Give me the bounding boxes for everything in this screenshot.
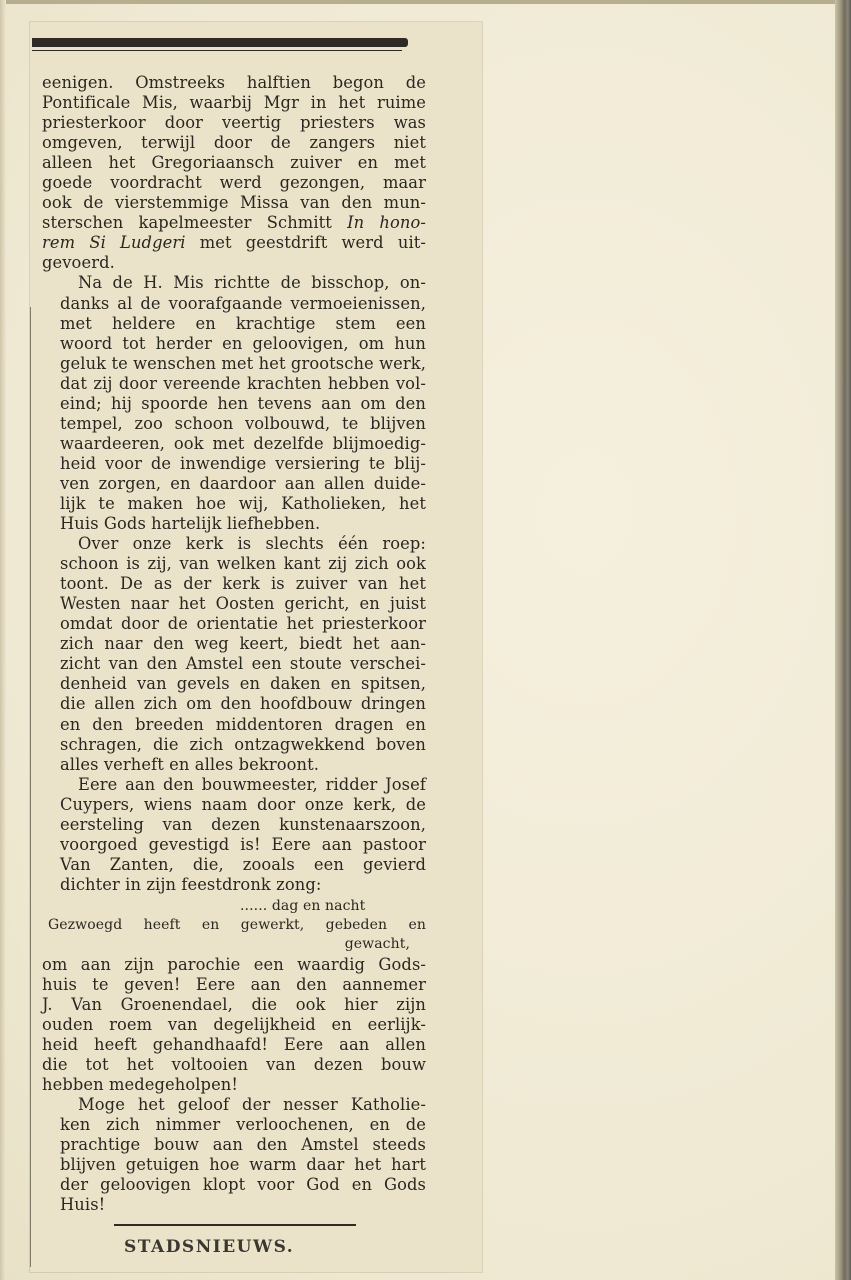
paragraph-5: om aan zijn parochie een waardig Gods- h… (42, 955, 426, 1095)
text-line: eenigen. Omstreeks halftien begon de (42, 73, 426, 93)
text-line: ouden roem van degelijkheid en eerlijk- (42, 1015, 426, 1035)
text-line: eind; hij spoorde hen tevens aan om den (42, 394, 426, 414)
text-line: alles verheft en alles bekroont. (42, 755, 426, 775)
text-line: ook de vierstemmige Missa van den mun- (42, 193, 426, 213)
text-line: gevoerd. (42, 253, 426, 273)
text-line: denheid van gevels en daken en spitsen, (42, 674, 426, 694)
column-rule (30, 307, 31, 1267)
text-line: der geloovigen klopt voor God en Gods (42, 1175, 426, 1195)
text-line: goede voordracht werd gezongen, maar (42, 173, 426, 193)
text-line: omdat door de orientatie het priesterkoo… (42, 614, 426, 634)
text-line: lijk te maken hoe wij, Katholieken, het (42, 494, 426, 514)
text-line: tempel, zoo schoon volbouwd, te blijven (42, 414, 426, 434)
italic-title-fragment: rem Si Ludgeri (42, 233, 186, 252)
bottom-rule-divider (114, 1224, 356, 1226)
text-fragment: met geestdrift werd uit- (186, 233, 426, 252)
text-line: ken zich nimmer verloochenen, en de (42, 1115, 426, 1135)
verse-line: ...... dag en nacht (42, 897, 426, 916)
text-line: hebben medegeholpen! (42, 1075, 426, 1095)
newspaper-clipping: eenigen. Omstreeks halftien begon de Pon… (30, 22, 482, 1272)
text-line: J. Van Groenendael, die ook hier zijn (42, 995, 426, 1015)
text-line: toont. De as der kerk is zuiver van het (42, 574, 426, 594)
text-line: Pontificale Mis, waarbij Mgr in het ruim… (42, 93, 426, 113)
text-line: heid voor de inwendige versiering te bli… (42, 454, 426, 474)
text-line: die allen zich om den hoofdbouw dringen (42, 694, 426, 714)
section-heading: STADSNIEUWS. (124, 1237, 364, 1257)
italic-title-fragment: In hono- (347, 213, 426, 232)
text-line: voorgoed gevestigd is! Eere aan pastoor (42, 835, 426, 855)
text-line: heid heeft gehandhaafd! Eere aan allen (42, 1035, 426, 1055)
text-line-with-italic: rem Si Ludgeri met geestdrift werd uit- (42, 233, 426, 253)
text-line: Cuypers, wiens naam door onze kerk, de (42, 795, 426, 815)
text-line: eersteling van dezen kunstenaarszoon, (42, 815, 426, 835)
text-line: die tot het voltooien van dezen bouw (42, 1055, 426, 1075)
text-line: alleen het Gregoriaansch zuiver en met (42, 153, 426, 173)
text-line: huis te geven! Eere aan den aannemer (42, 975, 426, 995)
page-top-edge (0, 0, 836, 4)
verse-quotation: ...... dag en nacht Gezwoegd heeft en ge… (42, 897, 426, 954)
text-line: Na de H. Mis richtte de bisschop, on- (42, 273, 426, 293)
text-line: Over onze kerk is slechts één roep: (42, 534, 426, 554)
paragraph-6: Moge het geloof der nesser Katholie- ken… (42, 1095, 426, 1215)
text-line: prachtige bouw aan den Amstel steeds (42, 1135, 426, 1155)
verse-line: gewacht, (42, 935, 426, 954)
album-binding (835, 0, 851, 1280)
text-line: Huis! (42, 1195, 426, 1215)
text-line: waardeeren, ook met dezelfde blijmoedig- (42, 434, 426, 454)
text-line: dat zij door vereende krachten hebben vo… (42, 374, 426, 394)
paragraph-2: Na de H. Mis richtte de bisschop, on- da… (42, 273, 426, 534)
text-line: danks al de voorafgaande vermoeienissen, (42, 294, 426, 314)
text-line: zich naar den weg keert, biedt het aan- (42, 634, 426, 654)
paragraph-4: Eere aan den bouwmeester, ridder Josef C… (42, 775, 426, 895)
text-line: Van Zanten, die, zooals een gevierd (42, 855, 426, 875)
text-line: priesterkoor door veertig priesters was (42, 113, 426, 133)
text-line: ven zorgen, en daardoor aan allen duide- (42, 474, 426, 494)
text-line: zicht van den Amstel een stoute verschei… (42, 654, 426, 674)
paragraph-3: Over onze kerk is slechts één roep: scho… (42, 534, 426, 775)
top-rule-divider (32, 38, 408, 47)
text-line: om aan zijn parochie een waardig Gods- (42, 955, 426, 975)
text-line: blijven getuigen hoe warm daar het hart (42, 1155, 426, 1175)
text-line: Eere aan den bouwmeester, ridder Josef (42, 775, 426, 795)
text-line: schoon is zij, van welken kant zij zich … (42, 554, 426, 574)
verse-line: Gezwoegd heeft en gewerkt, gebeden en (42, 916, 426, 935)
text-line: Moge het geloof der nesser Katholie- (42, 1095, 426, 1115)
text-line: met heldere en krachtige stem een (42, 314, 426, 334)
text-line: geluk te wenschen met het grootsche werk… (42, 354, 426, 374)
text-line-with-italic: sterschen kapelmeester Schmitt In hono- (42, 213, 426, 233)
text-line: schragen, die zich ontzagwekkend boven (42, 735, 426, 755)
text-line: dichter in zijn feestdronk zong: (42, 875, 426, 895)
text-fragment: sterschen kapelmeester Schmitt (42, 213, 347, 232)
page-left-edge (0, 0, 6, 1280)
article-body: eenigen. Omstreeks halftien begon de Pon… (42, 73, 426, 1216)
text-line: woord tot herder en geloovigen, om hun (42, 334, 426, 354)
text-line: omgeven, terwijl door de zangers niet (42, 133, 426, 153)
text-line: en den breeden middentoren dragen en (42, 715, 426, 735)
paragraph-1: eenigen. Omstreeks halftien begon de Pon… (42, 73, 426, 273)
text-line: Westen naar het Oosten gericht, en juist (42, 594, 426, 614)
text-line: Huis Gods hartelijk liefhebben. (42, 514, 426, 534)
